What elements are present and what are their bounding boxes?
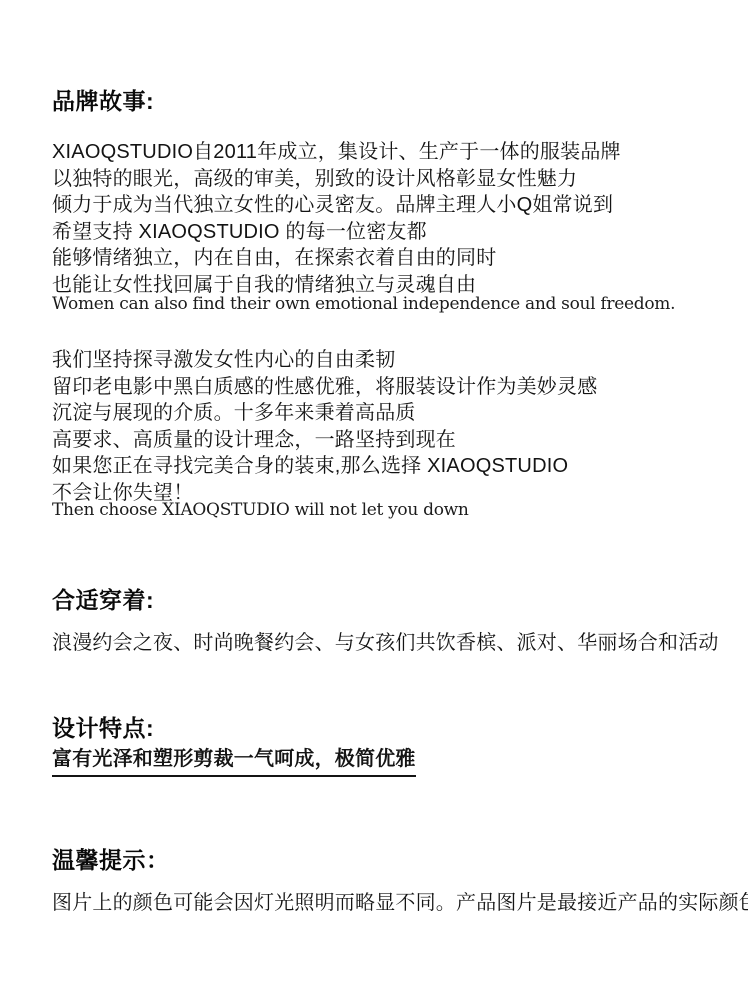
section-design-features: 设计特点: 富有光泽和塑形剪裁一气呵成，极简优雅	[52, 713, 712, 777]
section-brand-story: 品牌故事: XIAOQSTUDIO自2011年成立，集设计、生产于一体的服装品牌…	[52, 86, 712, 521]
brand-story-paragraph-2: 我们坚持探寻激发女性内心的自由柔韧 留印老电影中黑白质感的性感优雅，将服装设计作…	[52, 347, 712, 521]
warm-tips-text: 图片上的颜色可能会因灯光照明而略显不同。产品图片是最接近产品的实际颜色	[52, 890, 712, 917]
brand-story-line: 沉淀与展现的介质。十多年来秉着高品质	[52, 400, 712, 427]
warm-tips-heading: 温馨提示：	[52, 845, 712, 875]
design-features-heading: 设计特点:	[52, 713, 712, 743]
brand-story-line: 以独特的眼光，高级的审美，别致的设计风格彰显女性魅力	[52, 166, 712, 193]
section-suitable-wear: 合适穿着: 浪漫约会之夜、时尚晚餐约会、与女孩们共饮香槟、派对、华丽场合和活动	[52, 585, 712, 657]
brand-story-line: 留印老电影中黑白质感的性感优雅，将服装设计作为美妙灵感	[52, 374, 712, 401]
design-features-text-row: 富有光泽和塑形剪裁一气呵成，极简优雅	[52, 748, 712, 777]
brand-story-line: XIAOQSTUDIO自2011年成立，集设计、生产于一体的服装品牌	[52, 139, 712, 166]
section-warm-tips: 温馨提示： 图片上的颜色可能会因灯光照明而略显不同。产品图片是最接近产品的实际颜…	[52, 845, 712, 917]
brand-story-line: 高要求、高质量的设计理念，一路坚持到现在	[52, 427, 712, 454]
brand-story-line: 如果您正在寻找完美合身的装束,那么选择 XIAOQSTUDIO	[52, 453, 712, 480]
product-description-page: 品牌故事: XIAOQSTUDIO自2011年成立，集设计、生产于一体的服装品牌…	[0, 0, 748, 1000]
brand-story-paragraph-1: XIAOQSTUDIO自2011年成立，集设计、生产于一体的服装品牌 以独特的眼…	[52, 139, 712, 315]
brand-story-english-line: Women can also find their own emotional …	[52, 294, 712, 315]
brand-story-line: 能够情绪独立，内在自由，在探索衣着自由的同时	[52, 245, 712, 272]
suitable-wear-text: 浪漫约会之夜、时尚晚餐约会、与女孩们共饮香槟、派对、华丽场合和活动	[52, 630, 712, 657]
suitable-wear-heading: 合适穿着:	[52, 585, 712, 615]
brand-story-english-line: Then choose XIAOQSTUDIO will not let you…	[52, 500, 712, 521]
design-features-text: 富有光泽和塑形剪裁一气呵成，极简优雅	[52, 748, 416, 777]
brand-story-line: 希望支持 XIAOQSTUDIO 的每一位密友都	[52, 219, 712, 246]
brand-story-line: 我们坚持探寻激发女性内心的自由柔韧	[52, 347, 712, 374]
brand-story-heading: 品牌故事:	[52, 86, 712, 116]
brand-story-line: 倾力于成为当代独立女性的心灵密友。品牌主理人小Q姐常说到	[52, 192, 712, 219]
